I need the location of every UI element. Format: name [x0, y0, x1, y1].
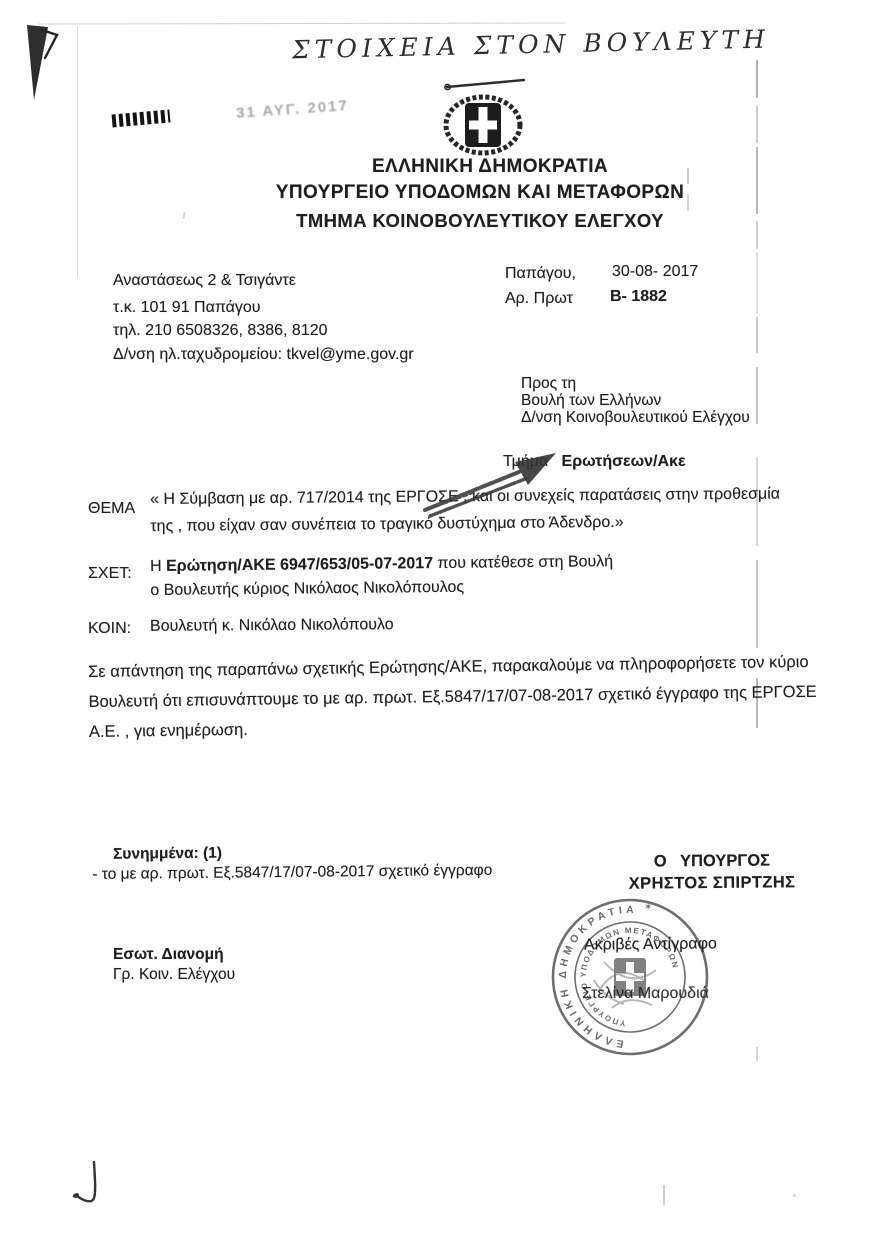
reference-text: Η Ερώτηση/ΑΚΕ 6947/653/05-07-2017 που κα…: [150, 553, 613, 600]
scan-smudge-artifact: [112, 109, 171, 127]
internal-distribution-block: Εσωτ. Διανομή Γρ. Κοιν. Ελέγχου: [113, 946, 235, 984]
fold-line-segment: [756, 252, 758, 314]
sender-address-line2: τ.κ. 101 91 Παπάγου: [113, 299, 261, 317]
body-line1: Σε απάντηση της παραπάνω σχετικής Ερώτησ…: [88, 653, 816, 682]
fold-line-segment: [756, 367, 758, 424]
protocol-place: Παπάγου,: [505, 265, 576, 283]
subject-label: ΘΕΜΑ: [88, 500, 135, 518]
scan-speck: [663, 1185, 665, 1205]
greek-coat-of-arms-icon: [441, 92, 525, 158]
minister-title: Ο ΥΠΟΥΡΓΟΣ: [612, 851, 812, 872]
reference-line2: ο Βουλευτής κύριος Νικόλαος Νικολόπουλος: [150, 577, 613, 600]
body-line3: Α.Ε. , για ενημέρωση.: [89, 713, 817, 742]
scan-corner-artifact: [20, 18, 90, 128]
minister-name: ΧΡΗΣΤΟΣ ΣΠΙΡΤΖΗΣ: [612, 873, 812, 894]
scan-top-edge-line: [38, 22, 565, 24]
recipient-dept-bold: Ερωτήσεων/Ακε: [562, 453, 686, 470]
fold-line-segment: [756, 560, 758, 648]
attachments-title: Συνημμένα: (1): [113, 842, 492, 864]
body-line2: Βουλευτή ότι επισυνάπτουμε το με αρ. πρω…: [88, 683, 816, 712]
fold-line-segment: [756, 147, 758, 214]
protocol-number-value: Β- 1882: [610, 288, 667, 306]
certifier-name: Στελίνα Μαρουδιά: [582, 985, 709, 1003]
scan-speck: [182, 212, 185, 219]
sender-email: Δ/νση ηλ.ταχυδρομείου: tkvel@yme.gov.gr: [113, 346, 414, 364]
fold-line-segment: [756, 317, 758, 353]
fold-line-segment: [756, 1047, 758, 1061]
fold-line-segment: [756, 106, 758, 143]
stamp-star-icon: ✶: [644, 902, 652, 913]
notify-label: ΚΟΙΝ:: [88, 620, 131, 638]
recipient-line2: Δ/νση Κοινοβουλευτικού Ελέγχου: [521, 409, 750, 427]
internal-distribution-title: Εσωτ. Διανομή: [113, 946, 235, 964]
certified-copy-text: Ακριβές Αντίγραφο: [584, 935, 717, 954]
sender-address-line1: Αναστάσεως 2 & Τσιγάντε: [113, 272, 296, 290]
handwritten-note: ΣΤΟΙΧΕΙΑ ΣΤΟΝ ΒΟΥΛΕΥΤΗ: [292, 25, 771, 65]
attachments-block: Συνημμένα: (1) - το με αρ. πρωτ. Εξ.5847…: [92, 842, 492, 884]
fold-line-segment: [756, 60, 758, 98]
reference-label: ΣΧΕΤ:: [88, 565, 132, 583]
hand-drawn-arrow: [415, 440, 575, 520]
sender-phone: τηλ. 210 6508326, 8386, 8120: [113, 322, 328, 340]
protocol-date: 30-08- 2017: [612, 263, 698, 281]
protocol-number-label: Αρ. Πρωτ: [505, 290, 573, 308]
header-ministry: ΥΠΟΥΡΓΕΙΟ ΥΠΟΔΟΜΩΝ ΚΑΙ ΜΕΤΑΦΟΡΩΝ: [250, 182, 710, 204]
recipient-line1: Βουλή των Ελλήνων: [521, 392, 661, 410]
scanned-letter-page: ΣΤΟΙΧΕΙΑ ΣΤΟΝ ΒΟΥΛΕΥΤΗ 31 ΑΥΓ. 2017 ΕΛΛΗ…: [0, 0, 880, 1242]
recipient-intro: Προς τη: [521, 375, 576, 393]
internal-distribution-line: Γρ. Κοιν. Ελέγχου: [113, 966, 235, 984]
fold-line-segment: [756, 221, 758, 249]
attachments-item: - το με αρ. πρωτ. Εξ.5847/17/07-08-2017 …: [92, 862, 492, 884]
ministry-round-stamp: ΕΛΛΗΝΙΚΗ ΔΗΜΟΚΡΑΤΙΑ ΥΠΟΥΡΓΕΙΟ ΥΠΟΔΟΜΩΝ Μ…: [546, 896, 718, 1066]
reference-line1: Η Ερώτηση/ΑΚΕ 6947/653/05-07-2017 που κα…: [150, 553, 613, 576]
notify-text: Βουλευτή κ. Νικόλαο Νικολόπουλο: [150, 616, 394, 636]
header-republic: ΕΛΛΗΝΙΚΗ ΔΗΜΟΚΡΑΤΙΑ: [260, 156, 720, 178]
body-paragraph: Σε απάντηση της παραπάνω σχετικής Ερώτησ…: [88, 653, 817, 742]
scan-speck: [793, 1194, 796, 1197]
received-date-stamp: 31 ΑΥΓ. 2017: [236, 97, 350, 122]
minister-signature-block: Ο ΥΠΟΥΡΓΟΣ ΧΡΗΣΤΟΣ ΣΠΙΡΤΖΗΣ: [612, 851, 812, 894]
header-department: ΤΜΗΜΑ ΚΟΙΝΟΒΟΥΛΕΥΤΙΚΟΥ ΕΛΕΓΧΟΥ: [250, 210, 710, 232]
handwritten-check-mark: [65, 1150, 113, 1218]
